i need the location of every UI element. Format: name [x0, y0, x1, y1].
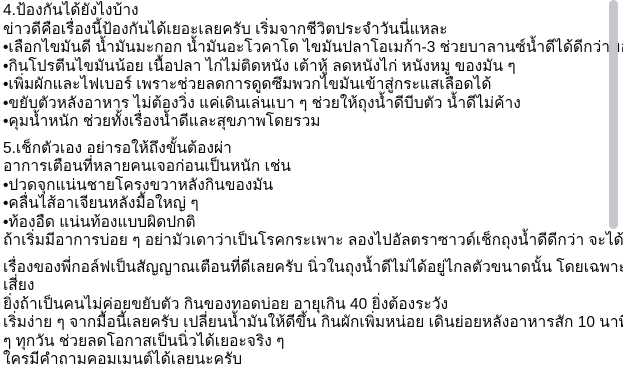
document-page: { "page": { "background_color": "#ffffff… — [0, 0, 623, 367]
text-line: เริ่มง่าย ๆ จากมื้อนี้เลยครับ เปลี่ยนน้ำ… — [3, 314, 605, 333]
bullet-line: •กินโปรตีนไขมันน้อย เนื้อปลา ไก่ไม่ติดหน… — [3, 58, 605, 77]
post-text-content: 4.ป้องกันได้ยังไงบ้าง ข่าวดีคือเรื่องนี้… — [3, 2, 605, 367]
bullet-line: •คุมน้ำหนัก ช่วยทั้งเรื่องน้ำดีและสุขภาพ… — [3, 113, 605, 132]
bullet-line: •ท้องอืด แน่นท้องแบบผิดปกติ — [3, 214, 605, 233]
text-line: ยิ่งถ้าเป็นคนไม่ค่อยขยับตัว กินของทอดบ่อ… — [3, 296, 605, 315]
bullet-line: •เพิ่มผักและไฟเบอร์ เพราะช่วยลดการดูดซึม… — [3, 76, 605, 95]
scrollbar-thumb[interactable] — [609, 0, 618, 229]
text-line: เสี่ยง — [3, 277, 605, 296]
text-line: ๆ ทุกวัน ช่วยลดโอกาสเป็นนิ่วได้เยอะจริง … — [3, 333, 605, 352]
bullet-line: •ขยับตัวหลังอาหาร ไม่ต้องวิ่ง แค่เดินเล่… — [3, 95, 605, 114]
section-heading: 4.ป้องกันได้ยังไงบ้าง — [3, 2, 605, 21]
paragraph-prevention: 4.ป้องกันได้ยังไงบ้าง ข่าวดีคือเรื่องนี้… — [3, 2, 605, 132]
text-line: เรื่องของพี่กอล์ฟเป็นสัญญาณเตือนที่ดีเลย… — [3, 259, 605, 278]
text-line: ข่าวดีคือเรื่องนี้ป้องกันได้เยอะเลยครับ … — [3, 21, 605, 40]
text-line: ถ้าเริ่มมีอาการบ่อย ๆ อย่ามัวเดาว่าเป็นโ… — [3, 232, 605, 251]
section-heading: 5.เช็กตัวเอง อย่ารอให้ถึงขั้นต้องผ่า — [3, 140, 605, 159]
bullet-line: •ปวดจุกแน่นชายโครงขวาหลังกินของมัน — [3, 177, 605, 196]
text-line: ใครมีคำถามคอมเมนต์ได้เลยนะครับ — [3, 351, 605, 367]
bullet-line: •คลื่นไส้อาเจียนหลังมื้อใหญ่ ๆ — [3, 195, 605, 214]
text-line: อาการเตือนที่หลายคนเจอก่อนเป็นหนัก เช่น — [3, 158, 605, 177]
bullet-line: •เลือกไขมันดี น้ำมันมะกอก น้ำมันอะโวคาโด… — [3, 39, 605, 58]
paragraph-closing: เรื่องของพี่กอล์ฟเป็นสัญญาณเตือนที่ดีเลย… — [3, 259, 605, 367]
paragraph-self-check: 5.เช็กตัวเอง อย่ารอให้ถึงขั้นต้องผ่า อาก… — [3, 140, 605, 251]
